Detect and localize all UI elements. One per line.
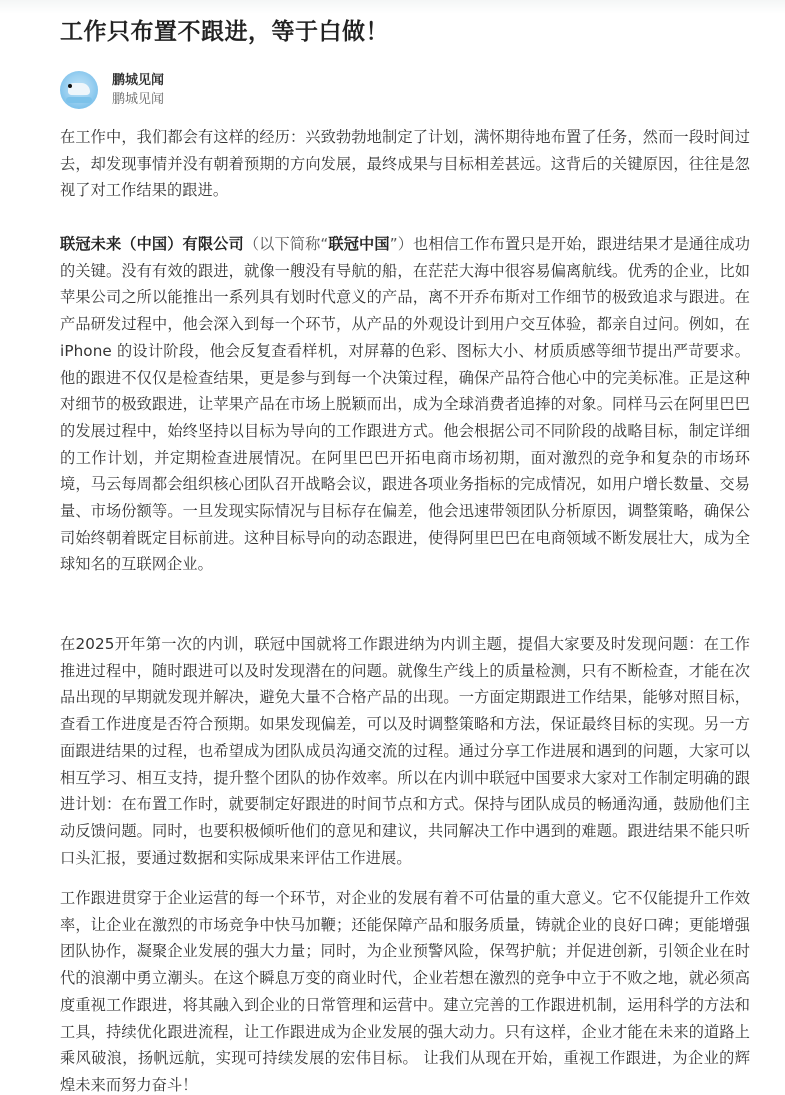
paragraph-company-text: 也相信工作布置只是开始，跟进结果才是通往成功的关键。没有有效的跟进，就像一艘没有… [60, 235, 750, 573]
author-meta: 鹏城见闻 鹏城见闻 [112, 71, 164, 109]
dog-avatar-icon[interactable] [60, 71, 98, 109]
top-edge-shadow [0, 0, 785, 14]
author-name[interactable]: 鹏城见闻 [112, 71, 164, 90]
company-name: 联冠未来（中国）有限公司 [60, 235, 244, 253]
company-abbr: 联冠中国 [328, 235, 389, 253]
paragraph-training: 在2025开年第一次的内训，联冠中国就将工作跟进纳为内训主题，提倡大家要及时发现… [60, 631, 750, 871]
avatar-dog-eye [68, 84, 72, 88]
article-title: 工作只布置不跟进，等于白做！ [60, 14, 389, 50]
paragraph-conclusion: 工作跟进贯穿于企业运营的每一个环节，对企业的发展有着不可估量的重大意义。它不仅能… [60, 885, 750, 1095]
abbr-prefix: （以下简称“ [244, 235, 329, 253]
author-subtitle: 鹏城见闻 [112, 90, 164, 109]
abbr-suffix: ”） [390, 235, 413, 253]
paragraph-company: 联冠未来（中国）有限公司（以下简称“联冠中国”）也相信工作布置只是开始，跟进结果… [60, 231, 750, 578]
avatar-base [66, 97, 92, 103]
paragraph-intro: 在工作中，我们都会有这样的经历：兴致勃勃地制定了计划，满怀期待地布置了任务，然而… [60, 124, 750, 204]
author-block[interactable]: 鹏城见闻 鹏城见闻 [60, 70, 164, 110]
